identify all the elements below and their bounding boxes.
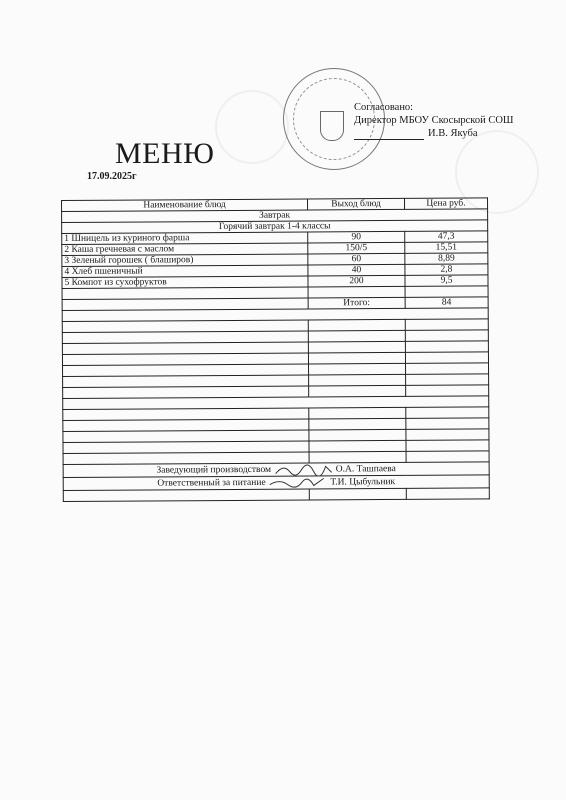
approver-name: И.В. Якуба [428,128,478,139]
coat-of-arms-icon [320,111,344,141]
menu-table: Наименование блюд Выход блюд Цена руб. З… [61,197,490,502]
dish-yield: 200 [308,275,405,287]
dish-yield: 40 [308,264,405,276]
signature-row-nutrition: Ответственный за питание Т.И. Цыбульник [63,475,489,491]
approval-label: Согласовано: [354,101,514,114]
header-yield: Выход блюд [307,198,404,210]
signature-scribble-icon [268,476,328,488]
approver-signature: И.В. Якуба [354,127,514,140]
menu-date: 17.09.2025г [87,171,137,182]
production-head-label: Заведующий производством [156,465,271,476]
nutrition-responsible-label: Ответственный за питание [157,478,265,489]
page-title: МЕНЮ [115,137,215,171]
dish-price: 2,8 [405,264,488,276]
dish-price: 8,89 [405,253,488,265]
total-value: 84 [405,297,488,309]
approval-block: Согласовано: Директор МБОУ Скосырской СО… [354,101,514,140]
production-head-name: О.А. Ташпаева [336,464,396,474]
signature-line [354,139,424,140]
dish-price: 9,5 [405,275,488,287]
dish-price: 47,3 [405,231,488,243]
dish-yield: 60 [308,253,405,265]
dish-price: 15,51 [405,242,488,254]
bleed-through-seal [215,90,289,164]
nutrition-responsible-name: Т.И. Цыбульник [330,477,395,487]
dish-yield: 90 [308,231,405,243]
approver-position: Директор МБОУ Скосырской СОШ [354,114,514,127]
total-label: Итого: [308,297,405,309]
signature-scribble-icon [273,463,333,475]
dish-yield: 150/5 [308,242,405,254]
header-price: Цена руб. [404,198,487,210]
